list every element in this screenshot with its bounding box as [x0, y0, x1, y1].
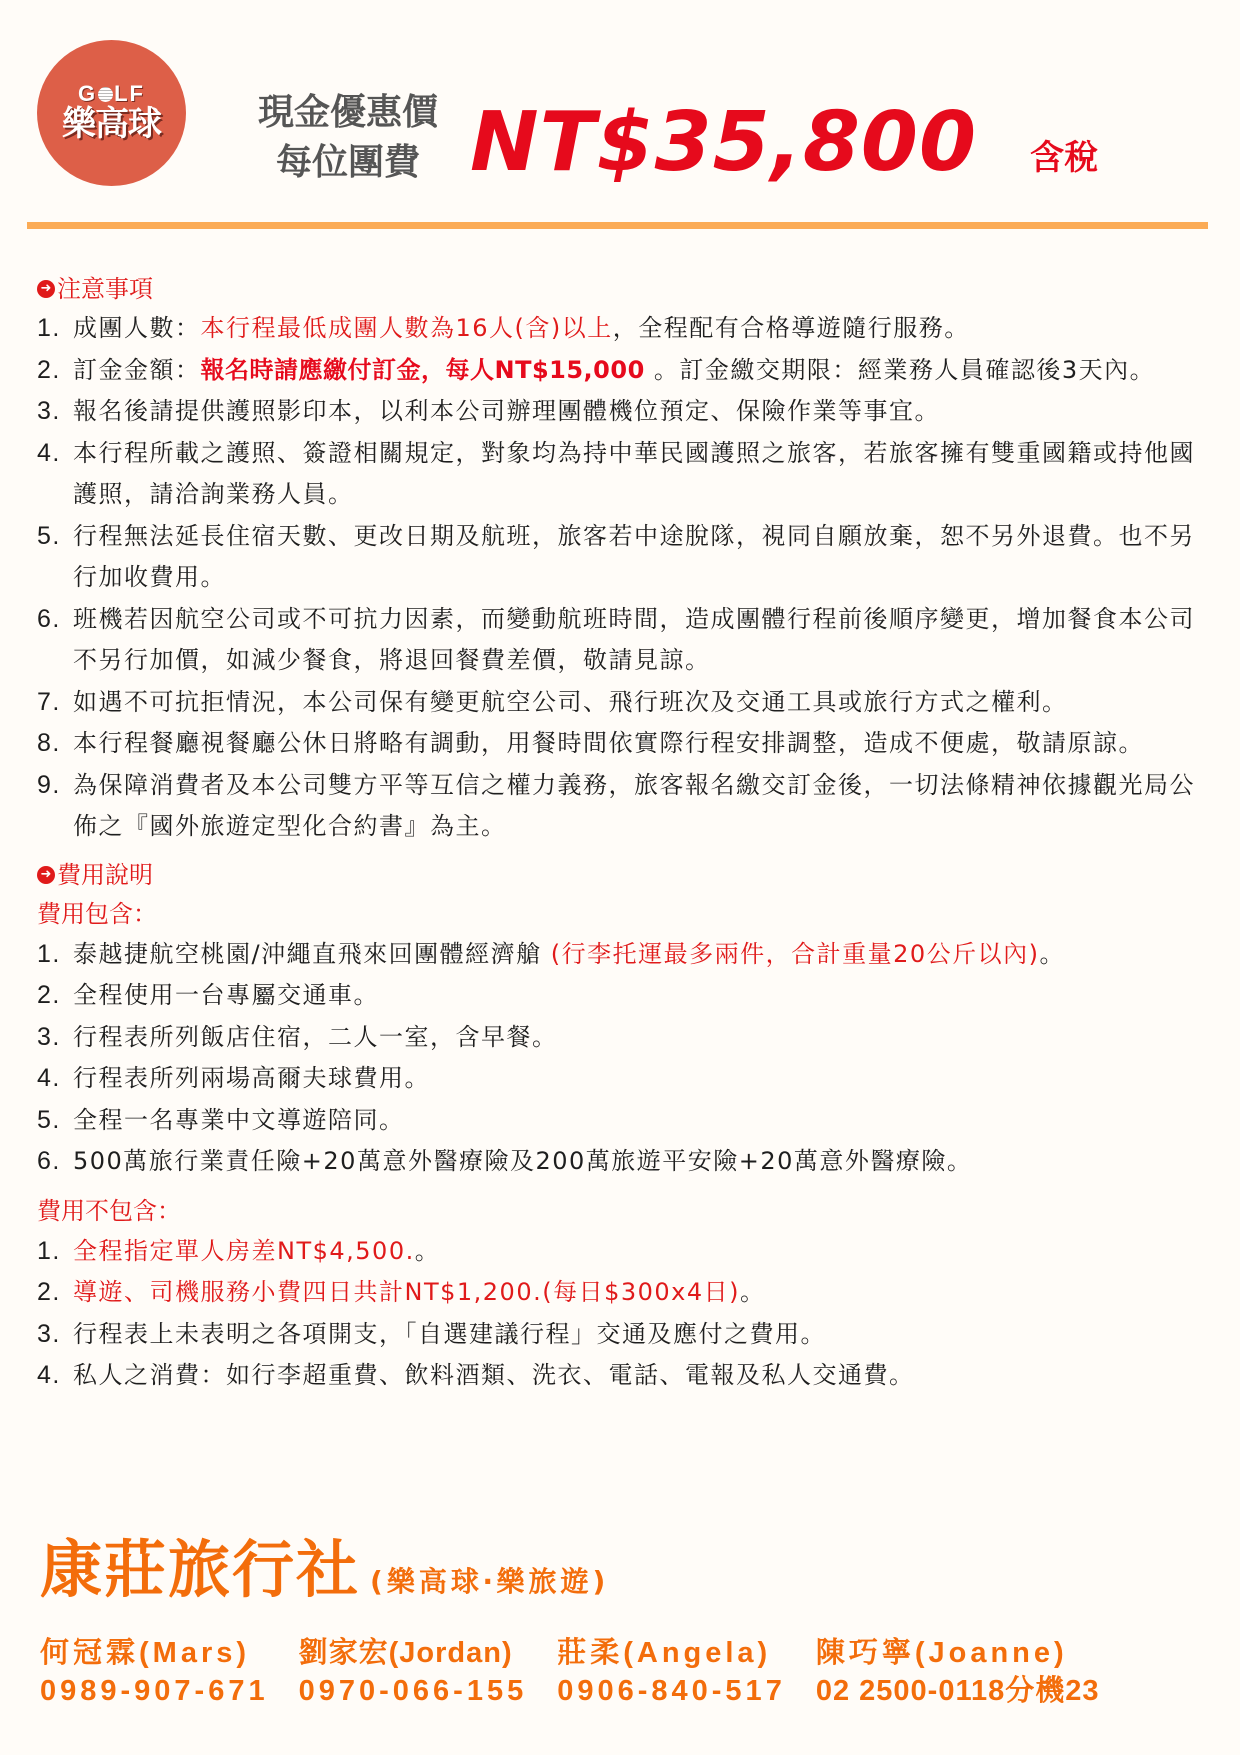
contact-phone[interactable]: 0970-066-155 — [299, 1672, 528, 1710]
item-text: 為保障消費者及本公司雙方平等互信之權力義務，旅客報名繳交訂金後，一切法條精神依據… — [73, 765, 1217, 848]
included-heading: 費用包含： — [37, 894, 1217, 934]
item-main: 泰越捷航空桃園/沖繩直飛來回團體經濟艙 — [73, 940, 551, 968]
divider — [27, 222, 1208, 229]
list-item: 6.500萬旅行業責任險+20萬意外醫療險及200萬旅遊平安險+20萬意外醫療險… — [37, 1141, 1217, 1183]
list-item: 4.行程表所列兩場高爾夫球費用。 — [37, 1058, 1217, 1100]
contact-card: 陳巧寧(Joanne) 02 2500-0118分機23 — [816, 1634, 1100, 1710]
excluded-list: 1.全程指定單人房差NT$4,500.。 2.導遊、司機服務小費四日共計NT$1… — [37, 1231, 1217, 1397]
contacts: 何冠霖(Mars) 0989-907-671 劉家宏(Jordan) 0970-… — [40, 1634, 1220, 1710]
item-text: 成團人數：本行程最低成團人數為16人(含)以上，全程配有合格導遊隨行服務。 — [73, 308, 1217, 350]
company-title: 康莊旅行社 — [40, 1533, 360, 1606]
list-item: 8.本行程餐廳視餐廳公休日將略有調動，用餐時間依實際行程安排調整，造成不便處，敬… — [37, 723, 1217, 765]
item-text: 本行程所載之護照、簽證相關規定，對象均為持中華民國護照之旅客，若旅客擁有雙重國籍… — [73, 433, 1217, 516]
item-number: 5. — [37, 1100, 73, 1142]
item-highlight: 導遊、司機服務小費四日共計NT$1,200.(每日$300x4日) — [73, 1278, 740, 1306]
item-number: 2. — [37, 350, 73, 392]
contact-name: 陳巧寧(Joanne) — [816, 1634, 1100, 1672]
item-rest: 。 — [740, 1278, 766, 1306]
company-tagline: (樂高球‧樂旅遊) — [370, 1565, 609, 1598]
item-number: 2. — [37, 1272, 73, 1314]
list-item: 4.私人之消費：如行李超重費、飲料酒類、洗衣、電話、電報及私人交通費。 — [37, 1355, 1217, 1397]
item-label: 成團人數： — [73, 314, 201, 342]
notices-heading: ➜ 注意事項 — [37, 270, 1217, 308]
item-text: 訂金金額：報名時請應繳付訂金，每人NT$15,000 。訂金繳交期限：經業務人員… — [73, 350, 1217, 392]
item-number: 9. — [37, 765, 73, 848]
price-value: NT$35,800 — [470, 88, 977, 198]
contact-card: 何冠霖(Mars) 0989-907-671 — [40, 1634, 269, 1710]
item-text: 行程表上未表明之各項開支，「自選建議行程」交通及應付之費用。 — [73, 1314, 1217, 1356]
golf-logo: GLF 樂高球 — [37, 40, 186, 186]
item-number: 3. — [37, 1314, 73, 1356]
item-rest: 。 — [1039, 940, 1065, 968]
list-item: 1.全程指定單人房差NT$4,500.。 — [37, 1231, 1217, 1273]
arrow-right-icon: ➜ — [37, 866, 55, 884]
item-number: 1. — [37, 1231, 73, 1273]
excluded-heading: 費用不包含： — [37, 1191, 1217, 1231]
item-text: 行程表所列兩場高爾夫球費用。 — [73, 1058, 1217, 1100]
item-number: 3. — [37, 391, 73, 433]
item-number: 4. — [37, 1058, 73, 1100]
logo-golf-text: GLF — [78, 83, 145, 105]
arrow-right-icon: ➜ — [37, 280, 55, 298]
item-text: 泰越捷航空桃園/沖繩直飛來回團體經濟艙 (行李托運最多兩件，合計重量20公斤以內… — [73, 934, 1217, 976]
item-number: 3. — [37, 1017, 73, 1059]
company-name: 康莊旅行社(樂高球‧樂旅遊) — [40, 1530, 1220, 1622]
contact-phone[interactable]: 0906-840-517 — [557, 1672, 786, 1710]
item-number: 2. — [37, 975, 73, 1017]
list-item: 1. 成團人數：本行程最低成團人數為16人(含)以上，全程配有合格導遊隨行服務。 — [37, 308, 1217, 350]
item-text: 本行程餐廳視餐廳公休日將略有調動，用餐時間依實際行程安排調整，造成不便處，敬請原… — [73, 723, 1217, 765]
item-label: 訂金金額： — [73, 356, 201, 384]
content: ➜ 注意事項 1. 成團人數：本行程最低成團人數為16人(含)以上，全程配有合格… — [37, 270, 1217, 1397]
contact-name: 何冠霖(Mars) — [40, 1634, 269, 1672]
list-item: 3.行程表所列飯店住宿，二人一室，含早餐。 — [37, 1017, 1217, 1059]
item-number: 5. — [37, 516, 73, 599]
price-label: 現金優惠價 每位團費 — [248, 88, 448, 188]
contact-phone[interactable]: 02 2500-0118分機23 — [816, 1672, 1100, 1710]
list-item: 1. 泰越捷航空桃園/沖繩直飛來回團體經濟艙 (行李托運最多兩件，合計重量20公… — [37, 934, 1217, 976]
item-rest: 。 — [415, 1237, 441, 1265]
item-number: 4. — [37, 1355, 73, 1397]
item-rest: ，全程配有合格導遊隨行服務。 — [613, 314, 970, 342]
item-highlight: (行李托運最多兩件，合計重量20公斤以內) — [551, 940, 1040, 968]
item-number: 1. — [37, 308, 73, 350]
price-tax-note: 含稅 — [1030, 130, 1098, 179]
item-text: 全程使用一台專屬交通車。 — [73, 975, 1217, 1017]
notices-list: 1. 成團人數：本行程最低成團人數為16人(含)以上，全程配有合格導遊隨行服務。… — [37, 308, 1217, 848]
fees-heading: ➜ 費用說明 — [37, 856, 1217, 894]
item-highlight: 全程指定單人房差NT$4,500. — [73, 1237, 415, 1265]
fees-title: 費用說明 — [57, 856, 153, 894]
item-number: 7. — [37, 682, 73, 724]
item-text: 私人之消費：如行李超重費、飲料酒類、洗衣、電話、電報及私人交通費。 — [73, 1355, 1217, 1397]
item-rest: 。訂金繳交期限：經業務人員確認後3天內。 — [645, 356, 1155, 384]
item-highlight: 本行程最低成團人數為16人(含)以上 — [201, 314, 613, 342]
item-text: 行程無法延長住宿天數、更改日期及航班，旅客若中途脫隊，視同自願放棄，恕不另外退費… — [73, 516, 1217, 599]
contact-phone[interactable]: 0989-907-671 — [40, 1672, 269, 1710]
list-item: 9.為保障消費者及本公司雙方平等互信之權力義務，旅客報名繳交訂金後，一切法條精神… — [37, 765, 1217, 848]
logo-chinese-text: 樂高球 — [62, 105, 161, 143]
list-item: 3.行程表上未表明之各項開支，「自選建議行程」交通及應付之費用。 — [37, 1314, 1217, 1356]
item-text: 導遊、司機服務小費四日共計NT$1,200.(每日$300x4日)。 — [73, 1272, 1217, 1314]
list-item: 2. 訂金金額：報名時請應繳付訂金，每人NT$15,000 。訂金繳交期限：經業… — [37, 350, 1217, 392]
item-number: 1. — [37, 934, 73, 976]
list-item: 2.全程使用一台專屬交通車。 — [37, 975, 1217, 1017]
contact-name: 劉家宏(Jordan) — [299, 1634, 528, 1672]
footer: 康莊旅行社(樂高球‧樂旅遊) 何冠霖(Mars) 0989-907-671 劉家… — [40, 1530, 1220, 1710]
item-text: 全程一名專業中文導遊陪同。 — [73, 1100, 1217, 1142]
list-item: 5.行程無法延長住宿天數、更改日期及航班，旅客若中途脫隊，視同自願放棄，恕不另外… — [37, 516, 1217, 599]
included-list: 1. 泰越捷航空桃園/沖繩直飛來回團體經濟艙 (行李托運最多兩件，合計重量20公… — [37, 934, 1217, 1183]
item-number: 6. — [37, 599, 73, 682]
list-item: 5.全程一名專業中文導遊陪同。 — [37, 1100, 1217, 1142]
item-number: 6. — [37, 1141, 73, 1183]
item-text: 500萬旅行業責任險+20萬意外醫療險及200萬旅遊平安險+20萬意外醫療險。 — [73, 1141, 1217, 1183]
item-text: 行程表所列飯店住宿，二人一室，含早餐。 — [73, 1017, 1217, 1059]
price-label-line2: 每位團費 — [248, 138, 448, 188]
header: GLF 樂高球 現金優惠價 每位團費 NT$35,800 含稅 — [0, 0, 1240, 230]
contact-name: 莊柔(Angela) — [557, 1634, 786, 1672]
list-item: 2.導遊、司機服務小費四日共計NT$1,200.(每日$300x4日)。 — [37, 1272, 1217, 1314]
golf-ball-icon — [98, 87, 113, 102]
item-text: 班機若因航空公司或不可抗力因素，而變動航班時間，造成團體行程前後順序變更，增加餐… — [73, 599, 1217, 682]
notices-title: 注意事項 — [57, 270, 153, 308]
list-item: 3.報名後請提供護照影印本，以利本公司辦理團體機位預定、保險作業等事宜。 — [37, 391, 1217, 433]
item-text: 全程指定單人房差NT$4,500.。 — [73, 1231, 1217, 1273]
item-text: 如遇不可抗拒情況，本公司保有變更航空公司、飛行班次及交通工具或旅行方式之權利。 — [73, 682, 1217, 724]
list-item: 6.班機若因航空公司或不可抗力因素，而變動航班時間，造成團體行程前後順序變更，增… — [37, 599, 1217, 682]
item-number: 4. — [37, 433, 73, 516]
contact-card: 莊柔(Angela) 0906-840-517 — [557, 1634, 786, 1710]
item-text: 報名後請提供護照影印本，以利本公司辦理團體機位預定、保險作業等事宜。 — [73, 391, 1217, 433]
contact-card: 劉家宏(Jordan) 0970-066-155 — [299, 1634, 528, 1710]
list-item: 4.本行程所載之護照、簽證相關規定，對象均為持中華民國護照之旅客，若旅客擁有雙重… — [37, 433, 1217, 516]
list-item: 7.如遇不可抗拒情況，本公司保有變更航空公司、飛行班次及交通工具或旅行方式之權利… — [37, 682, 1217, 724]
price-label-line1: 現金優惠價 — [248, 88, 448, 138]
item-highlight: 報名時請應繳付訂金，每人NT$15,000 — [201, 356, 645, 384]
item-number: 8. — [37, 723, 73, 765]
